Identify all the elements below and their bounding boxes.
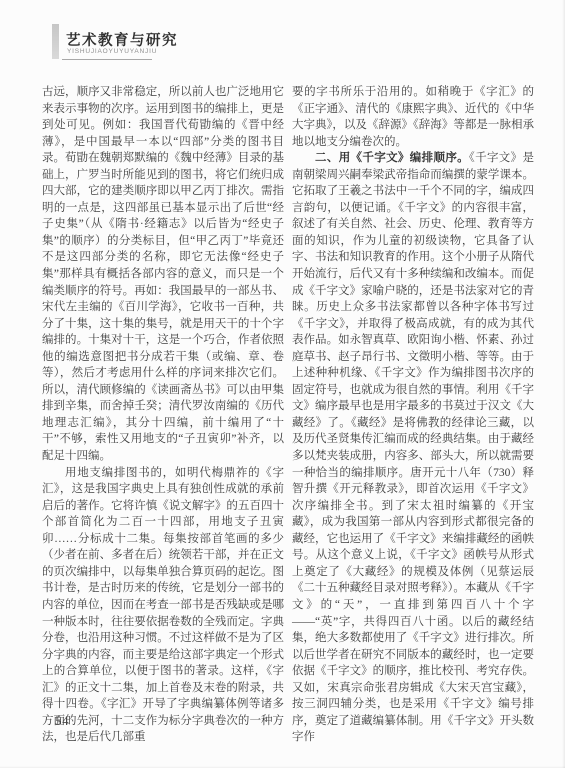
paragraph: 用地支编排图书的，如明代梅鼎祚的《字汇》，这是我国字典史上具有独创性成就的承前启…	[42, 465, 284, 746]
page-number: 54	[55, 714, 70, 729]
paragraph-continuation: 古远，顺序又非常稳定，所以前人也广泛地用它来表示事物的次序。运用到图书的编排上，…	[42, 84, 284, 465]
paragraph-continuation: 要的字书所乐于沿用的。如稍晚于《字汇》的《正字通》、清代的《康熙字典》、近代的《…	[292, 84, 534, 150]
journal-title-pinyin: YISHUJIAOYUYUYANJIU	[67, 48, 157, 55]
text-column-left: 古远，顺序又非常稳定，所以前人也广泛地用它来表示事物的次序。运用到图书的编排上，…	[42, 84, 284, 746]
scanned-journal-page: 艺术教育与研究 YISHUJIAOYUYUYANJIU 古远，顺序又非常稳定，所…	[0, 0, 565, 768]
paragraph-text: 《千字文》是南朝梁周兴嗣奉梁武帝指命而编撰的蒙学课本。它拓取了王羲之书法中一千个…	[292, 152, 534, 743]
masthead-accent-bar	[52, 24, 59, 59]
header-rule	[62, 59, 152, 60]
section-heading: 二、用《千字文》编排顺序。	[315, 152, 469, 164]
text-column-right: 要的字书所乐于沿用的。如稍晚于《字汇》的《正字通》、清代的《康熙字典》、近代的《…	[292, 84, 534, 746]
journal-title: 艺术教育与研究	[66, 29, 178, 50]
paragraph-with-heading: 二、用《千字文》编排顺序。《千字文》是南朝梁周兴嗣奉梁武帝指命而编撰的蒙学课本。…	[292, 150, 534, 746]
